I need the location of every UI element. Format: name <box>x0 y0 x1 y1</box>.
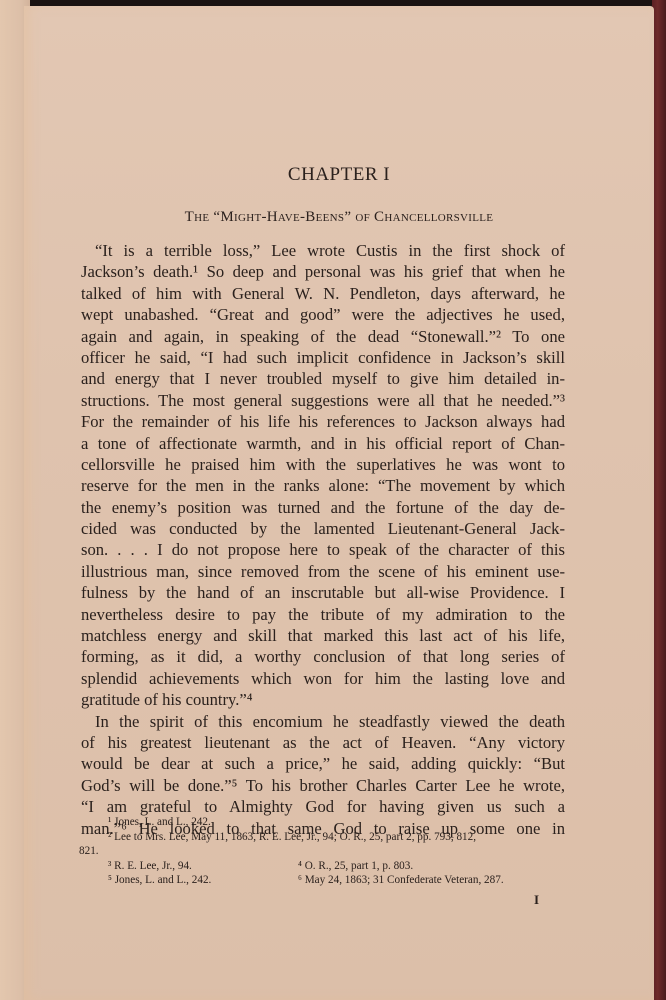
footnote-4: ⁴ O. R., 25, part 1, p. 803. <box>298 859 565 874</box>
text-line: cided was conducted by the lamented Lieu… <box>81 518 565 539</box>
text-line: officer he said, “I had such implicit co… <box>81 347 565 368</box>
text-line: fulness by the hand of an inscrutable bu… <box>81 582 565 603</box>
text-line: structions. The most general suggestions… <box>81 390 565 411</box>
text-line: splendid achievements which won for him … <box>81 668 565 689</box>
text-line: God’s will be done.”⁵ To his brother Cha… <box>81 775 565 796</box>
chapter-heading: CHAPTER I <box>24 164 654 186</box>
text-line: would be dear at such a price,” he said,… <box>81 753 565 774</box>
footnote-3: ³ R. E. Lee, Jr., 94. <box>81 859 298 874</box>
book-cover-edge <box>652 0 666 1000</box>
text-line: forming, as it did, a worthy conclusion … <box>81 646 565 667</box>
text-line: of his greatest lieutenant as the act of… <box>81 732 565 753</box>
text-line: a tone of affectionate warmth, and in hi… <box>81 433 565 454</box>
text-line: the enemy’s position was turned and the … <box>81 497 565 518</box>
footnote-2-continued: 821. <box>79 844 565 859</box>
text-line: son. . . . I do not propose here to spea… <box>81 539 565 560</box>
footnote-1: ¹ Jones, L. and L., 242. <box>81 815 565 830</box>
book-page: CHAPTER I The “Might-Have-Beens” of Chan… <box>24 6 654 1000</box>
text-line: In the spirit of this encomium he steadf… <box>81 711 565 732</box>
text-line: Jackson’s death.¹ So deep and personal w… <box>81 261 565 282</box>
page-number: I <box>534 892 539 908</box>
text-line: again and again, in speaking of the dead… <box>81 326 565 347</box>
chapter-title: The “Might-Have-Beens” of Chancellorsvil… <box>24 209 654 226</box>
text-line: gratitude of his country.”⁴ <box>81 689 565 710</box>
text-line: wept unabashed. “Great and good” were th… <box>81 304 565 325</box>
text-line: nevertheless desire to pay the tribute o… <box>81 604 565 625</box>
footnote-5: ⁵ Jones, L. and L., 242. <box>81 873 298 888</box>
footnote-row: ³ R. E. Lee, Jr., 94. ⁴ O. R., 25, part … <box>81 859 565 874</box>
text-line: reserve for the men in the ranks alone: … <box>81 475 565 496</box>
text-line: and energy that I never troubled myself … <box>81 368 565 389</box>
text-line: talked of him with General W. N. Pendlet… <box>81 283 565 304</box>
body-text: “It is a terrible loss,” Lee wrote Custi… <box>81 240 565 839</box>
footnote-row: ⁵ Jones, L. and L., 242. ⁶ May 24, 1863;… <box>81 873 565 888</box>
text-line: cellorsville he praised him with the sup… <box>81 454 565 475</box>
footnote-2: ² Lee to Mrs. Lee, May 11, 1863, R. E. L… <box>81 830 565 845</box>
footnotes: ¹ Jones, L. and L., 242. ² Lee to Mrs. L… <box>81 815 565 888</box>
text-line: illustrious man, since removed from the … <box>81 561 565 582</box>
book-photo: CHAPTER I The “Might-Have-Beens” of Chan… <box>0 0 666 1000</box>
text-line: matchless energy and skill that marked t… <box>81 625 565 646</box>
text-line: For the remainder of his life his refere… <box>81 411 565 432</box>
footnote-6: ⁶ May 24, 1863; 31 Confederate Veteran, … <box>298 873 565 888</box>
text-line: “It is a terrible loss,” Lee wrote Custi… <box>81 240 565 261</box>
